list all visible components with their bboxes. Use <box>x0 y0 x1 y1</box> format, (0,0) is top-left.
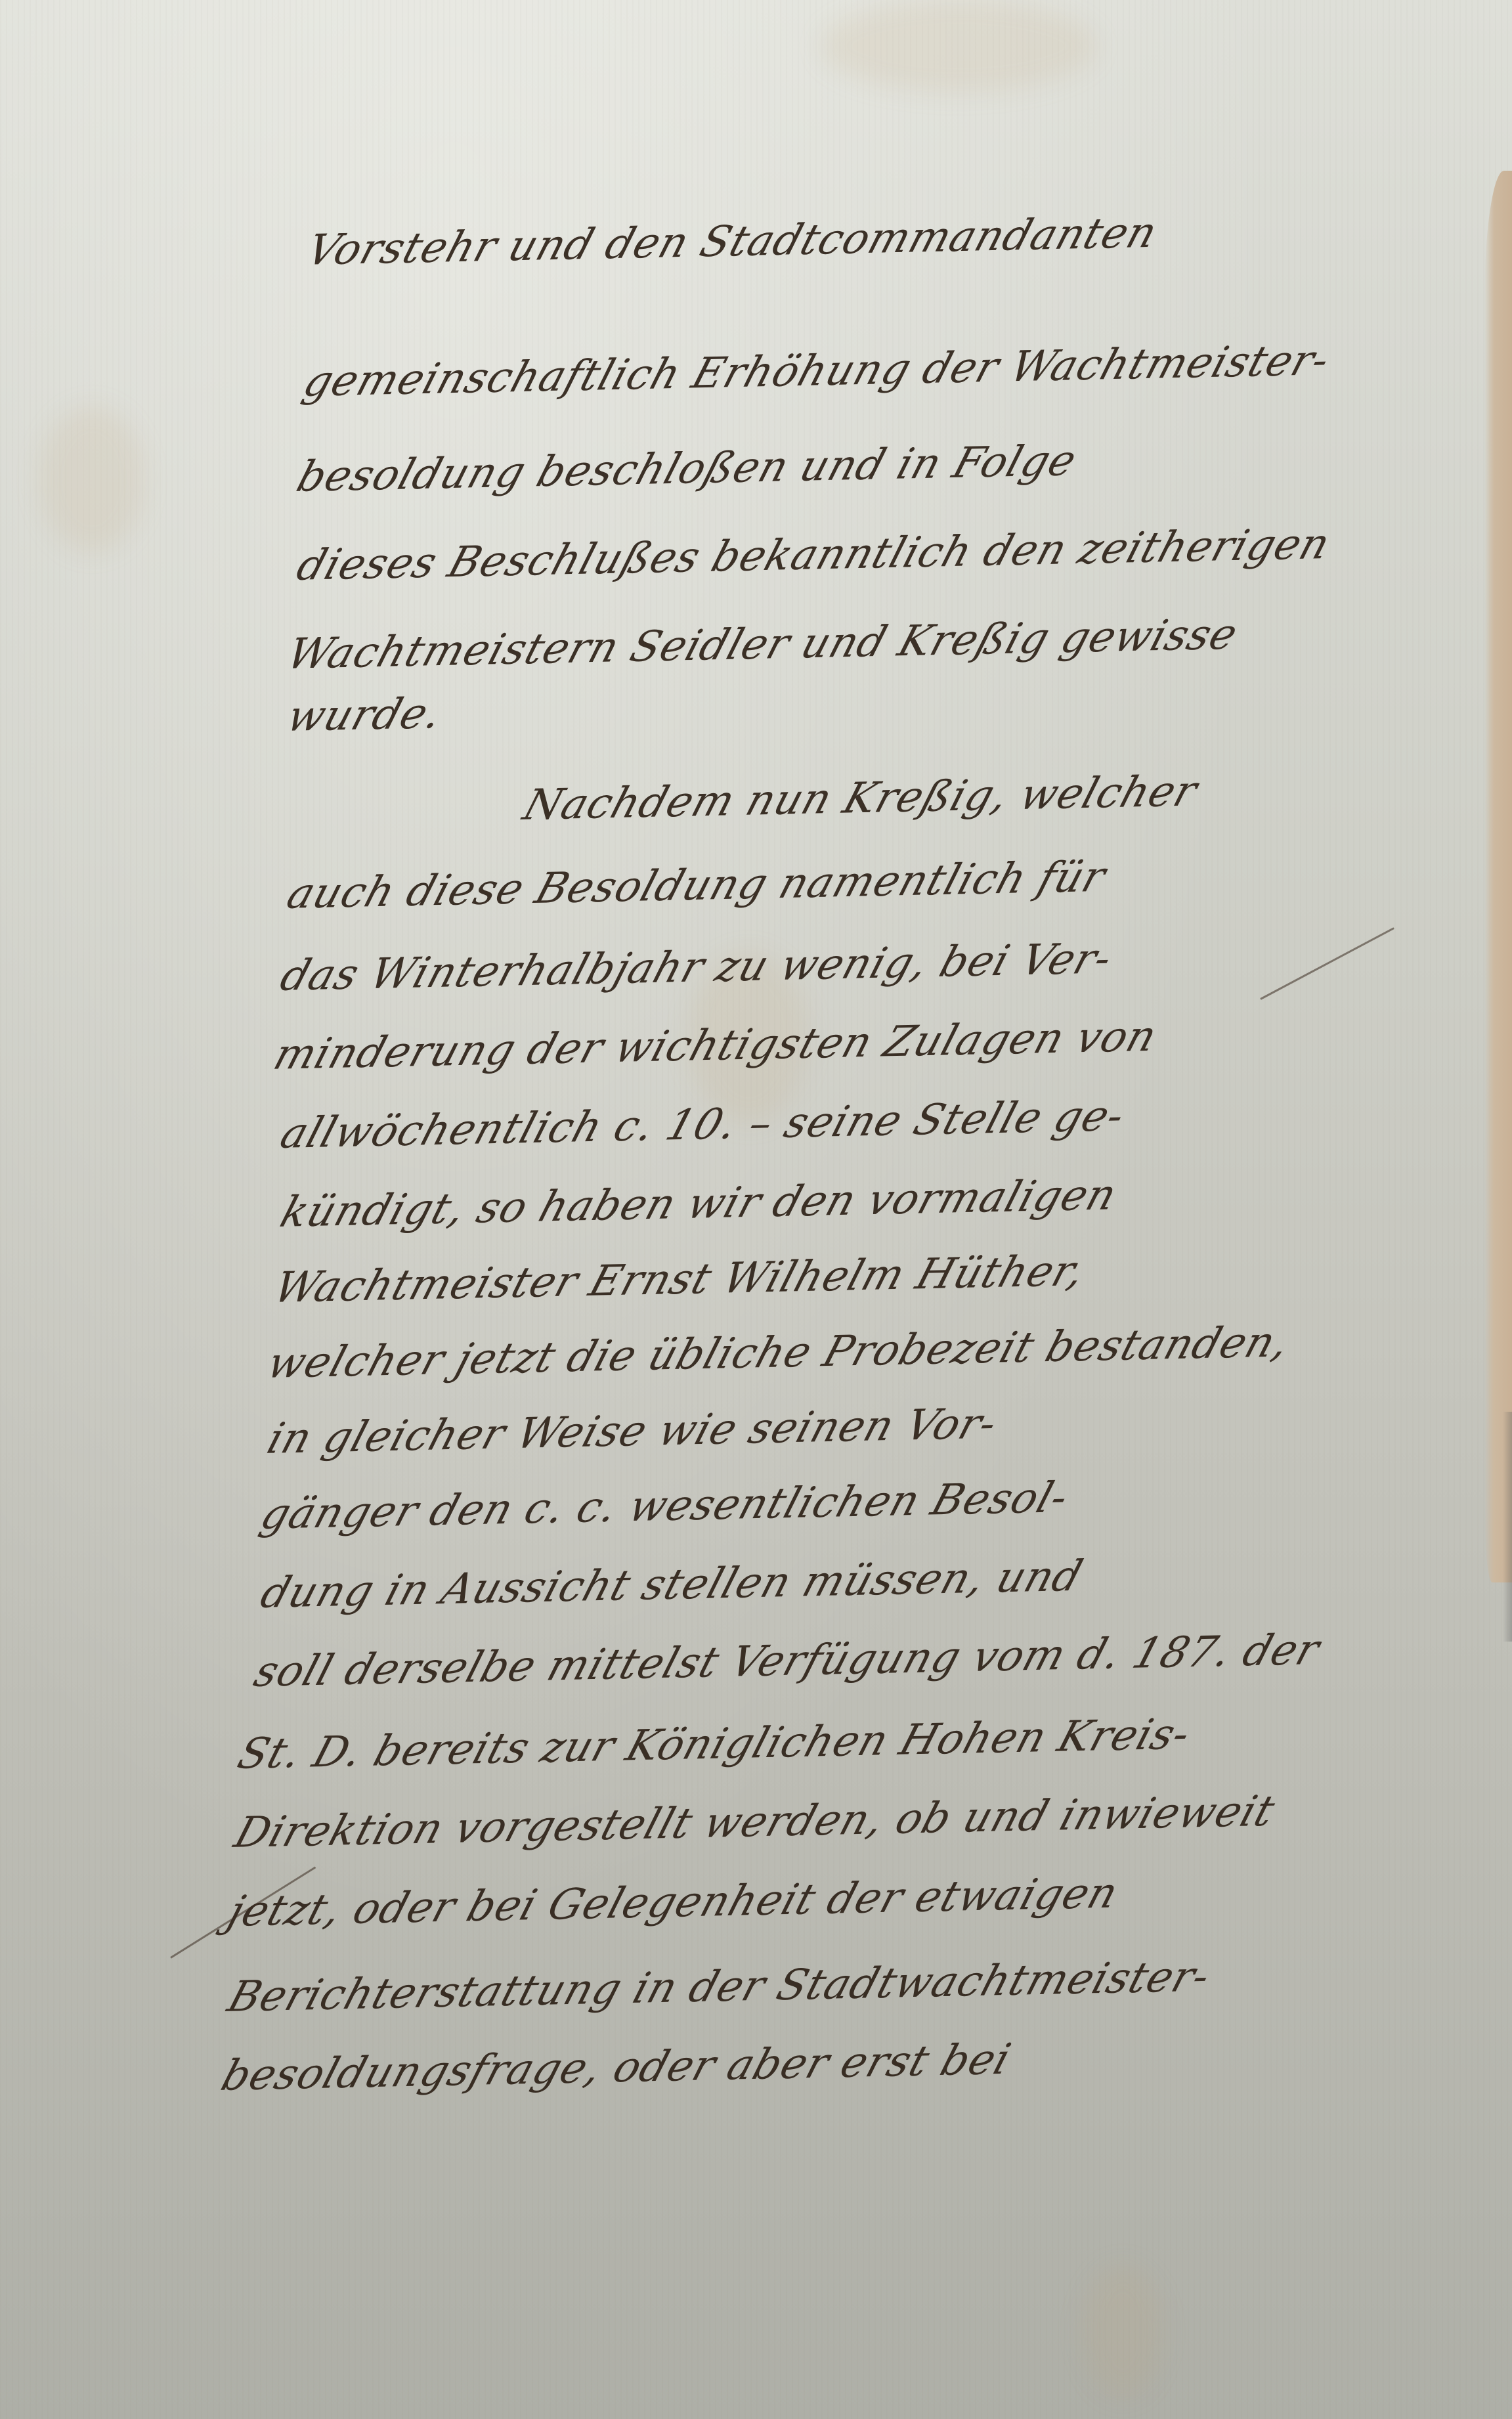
handwritten-line: besoldung beschloßen und in Folge <box>292 440 1081 498</box>
line-end-flourish <box>1260 927 1394 1000</box>
handwritten-line: besoldungsfrage, oder aber erst bei <box>217 2038 1016 2097</box>
handwritten-line-paragraph-start: Nachdem nun Kreßig, welcher <box>519 770 1202 827</box>
handwritten-line: das Winterhalbjahr zu wenig, bei Ver- <box>276 938 1117 997</box>
handwritten-line: auch diese Besoldung namentlich für <box>282 856 1111 915</box>
handwritten-line: gemeinschaftlich Erhöhung der Wachtmeist… <box>299 339 1335 403</box>
handwritten-line: kündigt, so haben wir den vormaligen <box>276 1174 1121 1234</box>
handwritten-line: gänger den c. c. wesentlichen Besol- <box>256 1477 1073 1536</box>
handwritten-line: Vorstehr und den Stadtcommandanten <box>302 212 1162 272</box>
handwritten-line: Direktion vorgestellt werden, ob und inw… <box>230 1790 1280 1854</box>
handwritten-line: welcher jetzt die übliche Probezeit best… <box>263 1321 1295 1385</box>
handwritten-line: in gleicher Weise wie seinen Vor- <box>263 1403 1002 1460</box>
handwritten-line: jetzt, oder bei Gelegenheit der etwaigen <box>223 1872 1123 1933</box>
handwritten-line: allwöchentlich c. 10. – seine Stelle ge- <box>276 1095 1129 1155</box>
handwritten-line: Wachtmeistern Seidler und Kreßig gewisse <box>282 613 1243 676</box>
handwritten-line: dung in Aussicht stellen müssen, und <box>256 1555 1087 1615</box>
handwritten-line: wurde. <box>282 693 447 738</box>
handwritten-line: Berichterstattung in der Stadtwachtmeist… <box>223 1955 1215 2018</box>
handwritten-line: soll derselbe mittelst Verfügung vom d. … <box>249 1629 1325 1693</box>
handwritten-line: Wachtmeister Ernst Wilhelm Hüther, <box>269 1250 1090 1309</box>
handwritten-line: minderung der wichtigsten Zulagen von <box>269 1016 1162 1076</box>
handwritten-line: St. D. bereits zur Königlichen Hohen Kre… <box>233 1713 1196 1776</box>
handwritten-line: dieses Beschlußes bekanntlich den zeithe… <box>292 523 1335 587</box>
handwritten-text-block: Vorstehr und den Stadtcommandanten gemei… <box>0 0 1512 2419</box>
